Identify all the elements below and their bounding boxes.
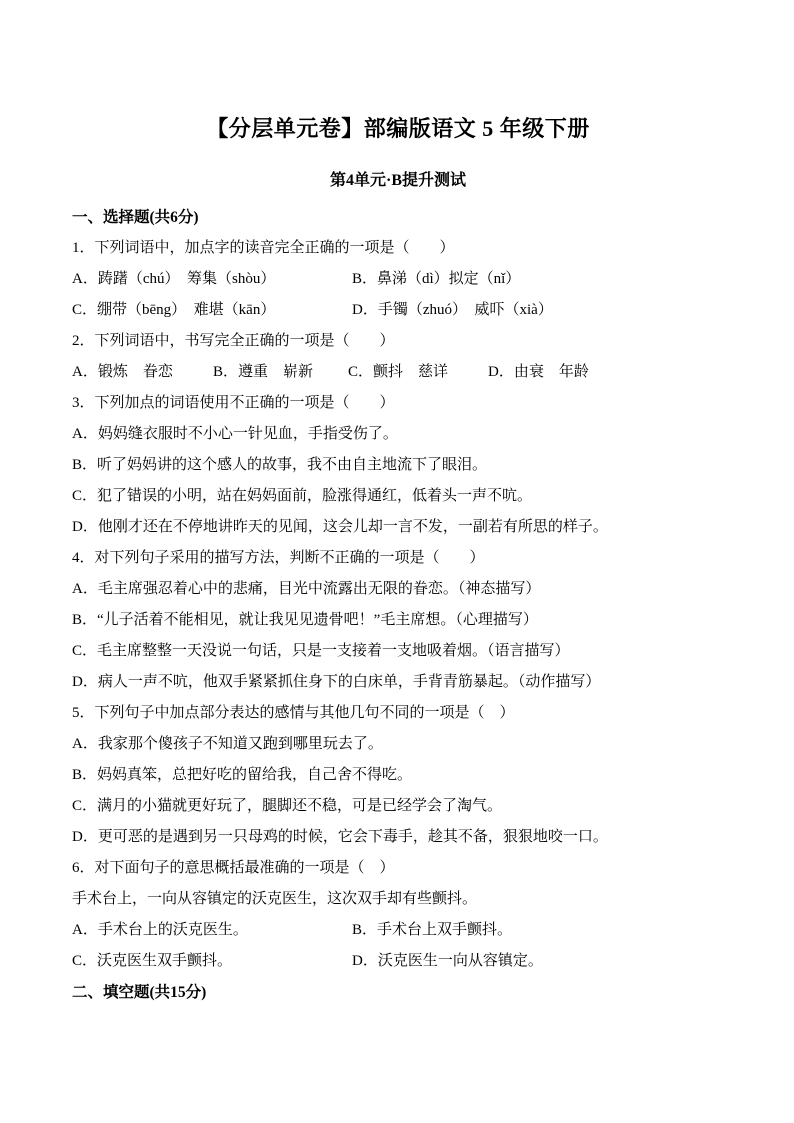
- question-1-options-row-2: C．绷带（bēng） 难堪（kān） D．手镯（zhuó） 威吓（xià）: [72, 295, 724, 326]
- question-4-option-d: D．病人一声不吭，他双手紧紧抓住身下的白床单，手背青筋暴起。（动作描写）: [72, 667, 724, 698]
- question-2-stem: 2．下列词语中，书写完全正确的一项是（ ）: [72, 326, 724, 357]
- question-5-option-b: B．妈妈真笨，总把好吃的留给我，自己舍不得吃。: [72, 760, 724, 791]
- question-1-stem: 1．下列词语中，加点字的读音完全正确的一项是（ ）: [72, 233, 724, 264]
- question-6-options-row-1: A．手术台上的沃克医生。 B．手术台上双手颤抖。: [72, 915, 724, 946]
- question-5-stem: 5．下列句子中加点部分表达的感情与其他几句不同的一项是（ ）: [72, 698, 724, 729]
- question-6-passage: 手术台上，一向从容镇定的沃克医生，这次双手却有些颤抖。: [72, 884, 724, 915]
- question-6-options-row-2: C．沃克医生双手颤抖。 D．沃克医生一向从容镇定。: [72, 946, 724, 977]
- question-3-option-a: A．妈妈缝衣服时不小心一针见血，手指受伤了。: [72, 419, 724, 450]
- question-5-option-c: C．满月的小猫就更好玩了，腿脚还不稳，可是已经学会了淘气。: [72, 791, 724, 822]
- question-4-option-c: C．毛主席整整一天没说一句话，只是一支接着一支地吸着烟。（语言描写）: [72, 636, 724, 667]
- question-3-option-b: B．听了妈妈讲的这个感人的故事，我不由自主地流下了眼泪。: [72, 450, 724, 481]
- document-subtitle: 第4单元·B提升测试: [72, 170, 724, 192]
- test-paper-page: 【分层单元卷】部编版语文 5 年级下册 第4单元·B提升测试 一、选择题(共6分…: [0, 0, 794, 1123]
- question-1-option-c: C．绷带（bēng） 难堪（kān）: [72, 295, 275, 326]
- question-1-options-row-1: A．踌躇（chú） 筹集（shòu） B．鼻涕（dì）拟定（nǐ）: [72, 264, 724, 295]
- question-2-option-c: C．颤抖 慈详: [348, 357, 448, 388]
- question-2-option-b: B．遵重 崭新: [213, 357, 313, 388]
- question-3-option-c: C．犯了错误的小明，站在妈妈面前，脸涨得通红，低着头一声不吭。: [72, 481, 724, 512]
- question-1-option-b: B．鼻涕（dì）拟定（nǐ）: [352, 264, 520, 295]
- question-5-option-d: D．更可恶的是遇到另一只母鸡的时候，它会下毒手，趁其不备，狠狠地咬一口。: [72, 822, 724, 853]
- question-3-stem: 3．下列加点的词语使用不正确的一项是（ ）: [72, 388, 724, 419]
- section-2-heading: 二、填空题(共15分): [72, 977, 724, 1008]
- question-1-option-a: A．踌躇（chú） 筹集（shòu）: [72, 264, 275, 295]
- document-title: 【分层单元卷】部编版语文 5 年级下册: [72, 112, 724, 146]
- question-4-option-b: B．“儿子活着不能相见，就让我见见遗骨吧！”毛主席想。（心理描写）: [72, 605, 724, 636]
- question-6-stem: 6．对下面句子的意思概括最准确的一项是（ ）: [72, 853, 724, 884]
- section-1-heading: 一、选择题(共6分): [72, 202, 724, 233]
- question-2-options-row: A．锻炼 眷恋 B．遵重 崭新 C．颤抖 慈详 D．由衰 年龄: [72, 357, 724, 388]
- question-1-option-d: D．手镯（zhuó） 威吓（xià）: [352, 295, 553, 326]
- question-4-option-a: A．毛主席强忍着心中的悲痛，目光中流露出无限的眷恋。（神态描写）: [72, 574, 724, 605]
- question-6-option-c: C．沃克医生双手颤抖。: [72, 946, 232, 977]
- question-2-option-d: D．由衰 年龄: [488, 357, 589, 388]
- question-4-stem: 4．对下列句子采用的描写方法，判断不正确的一项是（ ）: [72, 543, 724, 574]
- question-3-option-d: D．他刚才还在不停地讲昨天的见闻，这会儿却一言不发，一副若有所思的样子。: [72, 512, 724, 543]
- question-2-option-a: A．锻炼 眷恋: [72, 357, 173, 388]
- question-5-option-a: A．我家那个傻孩子不知道又跑到哪里玩去了。: [72, 729, 724, 760]
- question-6-option-d: D．沃克医生一向从容镇定。: [352, 946, 543, 977]
- question-6-option-b: B．手术台上双手颤抖。: [352, 915, 512, 946]
- question-6-option-a: A．手术台上的沃克医生。: [72, 915, 248, 946]
- document-body: 一、选择题(共6分) 1．下列词语中，加点字的读音完全正确的一项是（ ） A．踌…: [72, 202, 724, 1008]
